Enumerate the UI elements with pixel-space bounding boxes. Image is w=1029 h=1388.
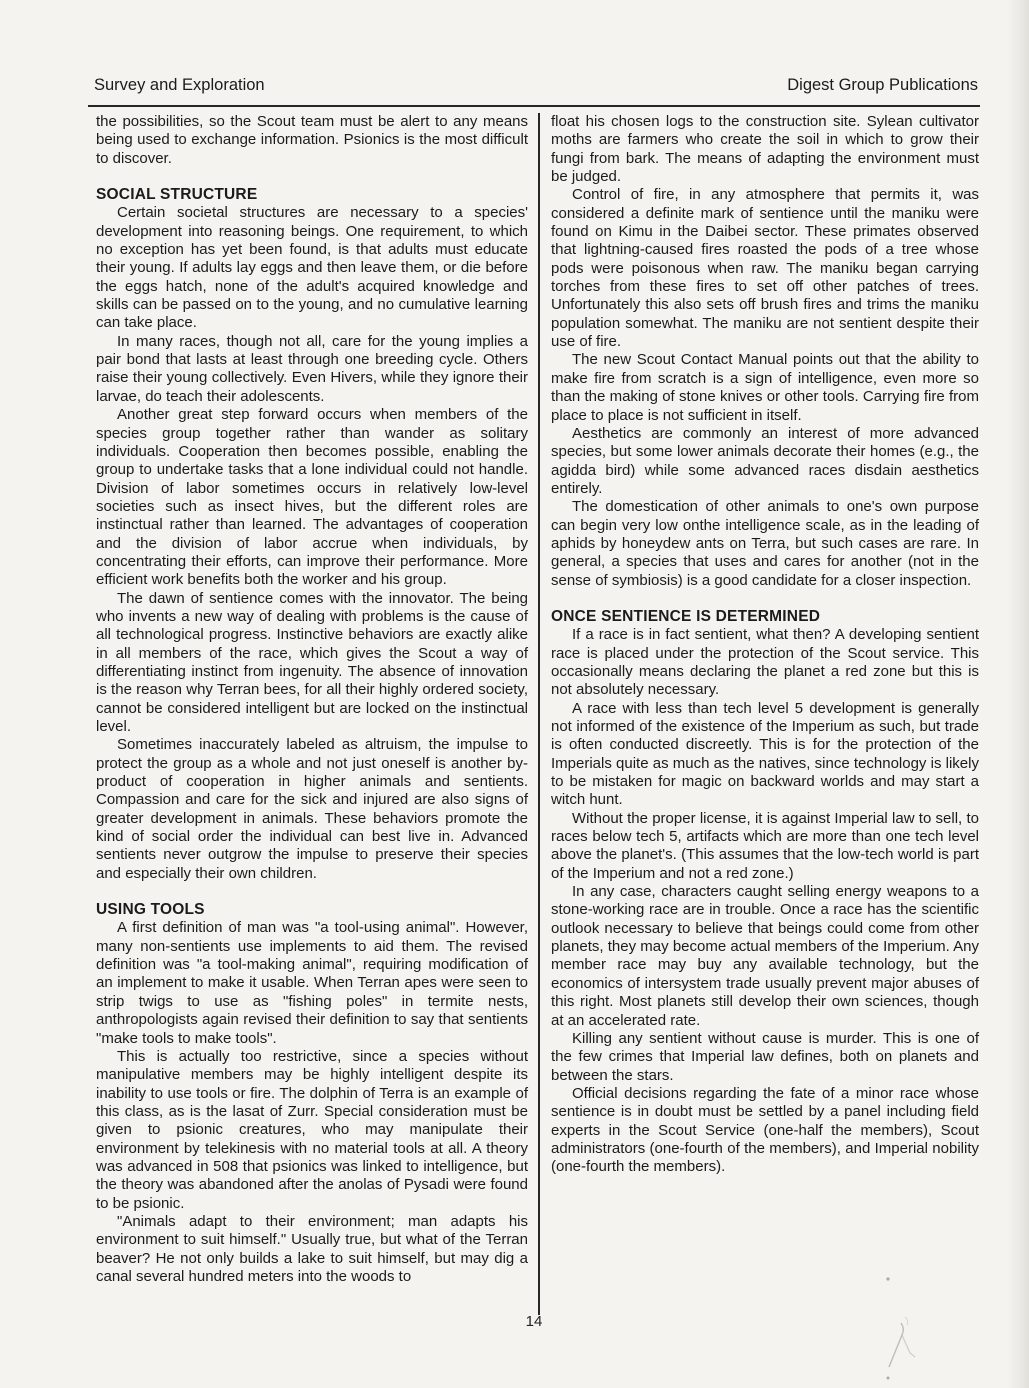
body-paragraph: Sometimes inaccurately labeled as altrui… (96, 736, 528, 883)
left-column: the possibilities, so the Scout team mus… (88, 113, 538, 1315)
body-paragraph: Killing any sentient without cause is mu… (551, 1030, 979, 1085)
body-paragraph: In many races, though not all, care for … (96, 333, 528, 406)
body-paragraph: Official decisions regarding the fate of… (551, 1085, 979, 1177)
body-paragraph: A first definition of man was "a tool-us… (96, 919, 528, 1047)
body-paragraph: Another great step forward occurs when m… (96, 406, 528, 589)
two-column-body: the possibilities, so the Scout team mus… (88, 107, 980, 1315)
body-paragraph: float his chosen logs to the constructio… (551, 113, 979, 186)
page-header: Survey and Exploration Digest Group Publ… (88, 76, 980, 107)
body-paragraph: the possibilities, so the Scout team mus… (96, 113, 528, 168)
body-paragraph: If a race is in fact sentient, what then… (551, 626, 979, 699)
section-heading: SOCIAL STRUCTURE (96, 186, 528, 204)
body-paragraph: The dawn of sentience comes with the inn… (96, 590, 528, 737)
page-number: 14 (88, 1313, 980, 1330)
body-paragraph: A race with less than tech level 5 devel… (551, 700, 979, 810)
header-right-title: Digest Group Publications (787, 76, 978, 95)
body-paragraph: The domestication of other animals to on… (551, 498, 979, 590)
page-content: Survey and Exploration Digest Group Publ… (88, 76, 980, 1315)
section-heading: ONCE SENTIENCE IS DETERMINED (551, 608, 979, 626)
body-paragraph: Aesthetics are commonly an interest of m… (551, 425, 979, 498)
body-paragraph: The new Scout Contact Manual points out … (551, 351, 979, 424)
right-column: float his chosen logs to the constructio… (538, 113, 980, 1315)
section-heading: USING TOOLS (96, 901, 528, 919)
scan-edge-shadow (1007, 0, 1029, 1388)
pencil-scribble-mark (855, 1245, 945, 1385)
header-left-title: Survey and Exploration (94, 76, 265, 95)
body-paragraph: Without the proper license, it is agains… (551, 810, 979, 883)
body-paragraph: Control of fire, in any atmosphere that … (551, 186, 979, 351)
body-paragraph: This is actually too restrictive, since … (96, 1048, 528, 1213)
body-paragraph: "Animals adapt to their environment; man… (96, 1213, 528, 1286)
body-paragraph: Certain societal structures are necessar… (96, 204, 528, 332)
scanned-document-page: Survey and Exploration Digest Group Publ… (0, 0, 1029, 1388)
body-paragraph: In any case, characters caught selling e… (551, 883, 979, 1030)
